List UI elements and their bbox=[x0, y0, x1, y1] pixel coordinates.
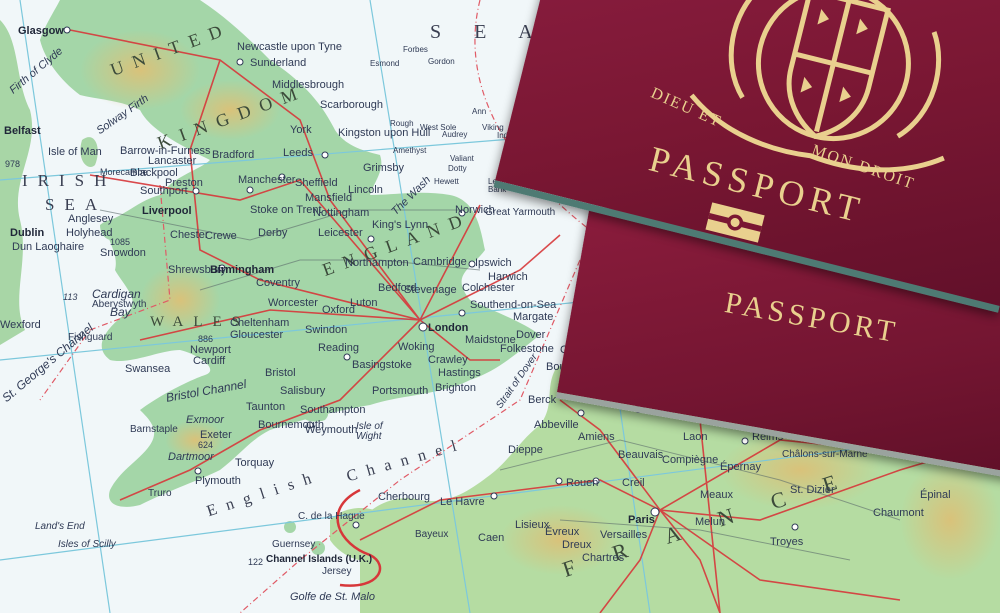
city-chalons: Châlons-sur-Marne bbox=[782, 450, 868, 460]
photo-scene: S E A IRISH SEA English Channel St. Geor… bbox=[0, 0, 1000, 613]
city-margate: Margate bbox=[513, 312, 553, 323]
city-scarborough: Scarborough bbox=[320, 100, 383, 111]
city-compiegne: Compiègne bbox=[662, 455, 718, 466]
city-gloucester: Gloucester bbox=[230, 330, 283, 341]
city-le-havre: Le Havre bbox=[440, 497, 485, 508]
city-evreux: Évreux bbox=[545, 527, 579, 538]
city-salisbury: Salisbury bbox=[280, 386, 325, 397]
elevation-scafell: 978 bbox=[5, 160, 20, 169]
city-folkestone: Folkestone bbox=[500, 344, 554, 355]
city-nottingham: Nottingham bbox=[313, 208, 369, 219]
city-caen: Caen bbox=[478, 533, 504, 544]
city-colchester: Colchester bbox=[462, 283, 515, 294]
city-sunderland: Sunderland bbox=[250, 58, 306, 69]
city-leeds: Leeds bbox=[283, 148, 313, 159]
city-amiens: Amiens bbox=[578, 432, 615, 443]
city-ipswich: Ipswich bbox=[475, 258, 512, 269]
city-hull: Kingston upon Hull bbox=[338, 128, 430, 139]
city-epernay: Épernay bbox=[720, 462, 761, 473]
city-st-dizier: St. Dizier bbox=[790, 485, 835, 496]
city-cambridge: Cambridge bbox=[413, 257, 467, 268]
city-birmingham: Birmingham bbox=[210, 265, 274, 276]
city-crewe: Crewe bbox=[205, 231, 237, 242]
city-plymouth: Plymouth bbox=[195, 476, 241, 487]
field-gordon: Gordon bbox=[428, 58, 455, 66]
field-valiant: Valiant bbox=[450, 155, 474, 163]
elevation-brecon: 886 bbox=[198, 335, 213, 344]
city-snowdon: Snowdon bbox=[100, 248, 146, 259]
city-stevenage: Stevenage bbox=[404, 285, 457, 296]
city-dreux: Dreux bbox=[562, 540, 591, 551]
city-fishguard: Fishguard bbox=[68, 333, 112, 343]
city-paris: Paris bbox=[628, 515, 655, 526]
field-rough: Rough bbox=[390, 120, 414, 128]
city-hastings: Hastings bbox=[438, 368, 481, 379]
city-isle-of-man: Isle of Man bbox=[48, 147, 102, 158]
city-southend: Southend-on-Sea bbox=[470, 300, 556, 311]
city-meaux: Meaux bbox=[700, 490, 733, 501]
city-woking: Woking bbox=[398, 342, 434, 353]
city-northampton: Northampton bbox=[345, 258, 409, 269]
city-york: York bbox=[290, 125, 312, 136]
elevation-channel-depth: 122 bbox=[248, 558, 263, 567]
city-creil: Creil bbox=[622, 478, 645, 489]
city-leicester: Leicester bbox=[318, 228, 363, 239]
city-manchester: Manchester bbox=[238, 175, 295, 186]
city-holyhead: Holyhead bbox=[66, 228, 112, 239]
city-jersey: Jersey bbox=[322, 567, 351, 577]
city-cherbourg: Cherbourg bbox=[378, 492, 430, 503]
passport-back-title: PASSPORT bbox=[722, 286, 901, 350]
city-lands-end: Land's End bbox=[35, 522, 85, 532]
city-dover: Dover bbox=[516, 330, 545, 341]
city-dun-laoghaire: Dun Laoghaire bbox=[12, 242, 84, 253]
city-basingstoke: Basingstoke bbox=[352, 360, 412, 371]
city-bristol: Bristol bbox=[265, 368, 296, 379]
city-anglesey: Anglesey bbox=[68, 214, 113, 225]
city-newcastle: Newcastle upon Tyne bbox=[237, 42, 342, 53]
city-channel-islands: Channel Islands (U.K.) bbox=[266, 555, 372, 565]
field-audrey: Audrey bbox=[442, 131, 467, 139]
city-london: London bbox=[428, 323, 468, 334]
city-isle-of-wight: Isle of Wight bbox=[356, 422, 396, 442]
city-brighton: Brighton bbox=[435, 383, 476, 394]
city-kings-lynn: King's Lynn bbox=[372, 220, 428, 231]
city-glasgow: Glasgow bbox=[18, 26, 64, 37]
city-cardiff: Cardiff bbox=[193, 356, 225, 367]
elevation-snowdon: 1085 bbox=[110, 238, 130, 247]
field-dotty: Dotty bbox=[448, 165, 467, 173]
city-bayeux: Bayeux bbox=[415, 530, 448, 540]
city-exmoor: Exmoor bbox=[186, 415, 224, 426]
city-epinal: Épinal bbox=[920, 490, 951, 501]
city-liverpool: Liverpool bbox=[142, 206, 192, 217]
city-lisieux: Lisieux bbox=[515, 520, 549, 531]
city-beauvais: Beauvais bbox=[618, 450, 663, 461]
city-laon: Laon bbox=[683, 432, 707, 443]
city-luton: Luton bbox=[350, 298, 378, 309]
city-southport: Southport bbox=[140, 186, 188, 197]
city-cheltenham: Cheltenham bbox=[230, 318, 289, 329]
biometric-chip-icon bbox=[704, 201, 766, 244]
city-c-de-la-hague: C. de la Hague bbox=[298, 512, 365, 522]
city-middlesbrough: Middlesbrough bbox=[272, 80, 344, 91]
city-troyes: Troyes bbox=[770, 537, 803, 548]
city-abbeville: Abbeville bbox=[534, 420, 579, 431]
city-dartmoor: Dartmoor bbox=[168, 452, 214, 463]
city-crawley: Crawley bbox=[428, 355, 468, 366]
city-great-yarmouth: Great Yarmouth bbox=[485, 208, 555, 218]
city-dublin: Dublin bbox=[10, 228, 44, 239]
city-wexford: Wexford bbox=[0, 320, 41, 331]
city-torquay: Torquay bbox=[235, 458, 274, 469]
city-taunton: Taunton bbox=[246, 402, 285, 413]
label-irish-sea: SEA bbox=[45, 196, 107, 213]
city-guernsey: Guernsey bbox=[272, 540, 315, 550]
city-derby: Derby bbox=[258, 228, 287, 239]
city-chester: Chester bbox=[170, 230, 209, 241]
city-swansea: Swansea bbox=[125, 364, 170, 375]
city-stoke: Stoke on Trent bbox=[250, 205, 322, 216]
city-reading: Reading bbox=[318, 343, 359, 354]
city-melun: Melun bbox=[695, 517, 725, 528]
city-lincoln: Lincoln bbox=[348, 185, 383, 196]
city-bradford: Bradford bbox=[212, 150, 254, 161]
elevation-dartmoor: 624 bbox=[198, 441, 213, 450]
city-southampton: Southampton bbox=[300, 405, 365, 416]
city-berck: Berck bbox=[528, 395, 556, 406]
city-belfast: Belfast bbox=[4, 126, 41, 137]
city-lancaster: Lancaster bbox=[148, 156, 196, 167]
city-truro: Truro bbox=[148, 489, 172, 499]
city-rouen: Rouen bbox=[566, 478, 598, 489]
city-weymouth: Weymouth bbox=[305, 425, 357, 436]
city-barnstaple: Barnstaple bbox=[130, 425, 178, 435]
city-worcester: Worcester bbox=[268, 298, 318, 309]
field-esmond: Esmond bbox=[370, 60, 399, 68]
city-swindon: Swindon bbox=[305, 325, 347, 336]
city-grimsby: Grimsby bbox=[363, 163, 404, 174]
field-hewett: Hewett bbox=[434, 178, 459, 186]
city-coventry: Coventry bbox=[256, 278, 300, 289]
city-aberystwyth: Aberystwyth bbox=[92, 300, 146, 310]
city-isles-of-scilly: Isles of Scilly bbox=[58, 540, 116, 550]
city-sheffield: Sheffield bbox=[295, 178, 338, 189]
city-portsmouth: Portsmouth bbox=[372, 386, 428, 397]
label-golfe-st-malo: Golfe de St. Malo bbox=[290, 592, 375, 603]
city-chaumont: Chaumont bbox=[873, 508, 924, 519]
field-forbes: Forbes bbox=[403, 46, 428, 54]
field-ann: Ann bbox=[472, 108, 486, 116]
city-dieppe: Dieppe bbox=[508, 445, 543, 456]
elevation-sea-depth: 113 bbox=[63, 293, 77, 302]
field-amethyst: Amethyst bbox=[393, 147, 426, 155]
city-mansfield: Mansfield bbox=[305, 193, 352, 204]
city-chartres: Chartres bbox=[582, 553, 624, 564]
city-versailles: Versailles bbox=[600, 530, 647, 541]
